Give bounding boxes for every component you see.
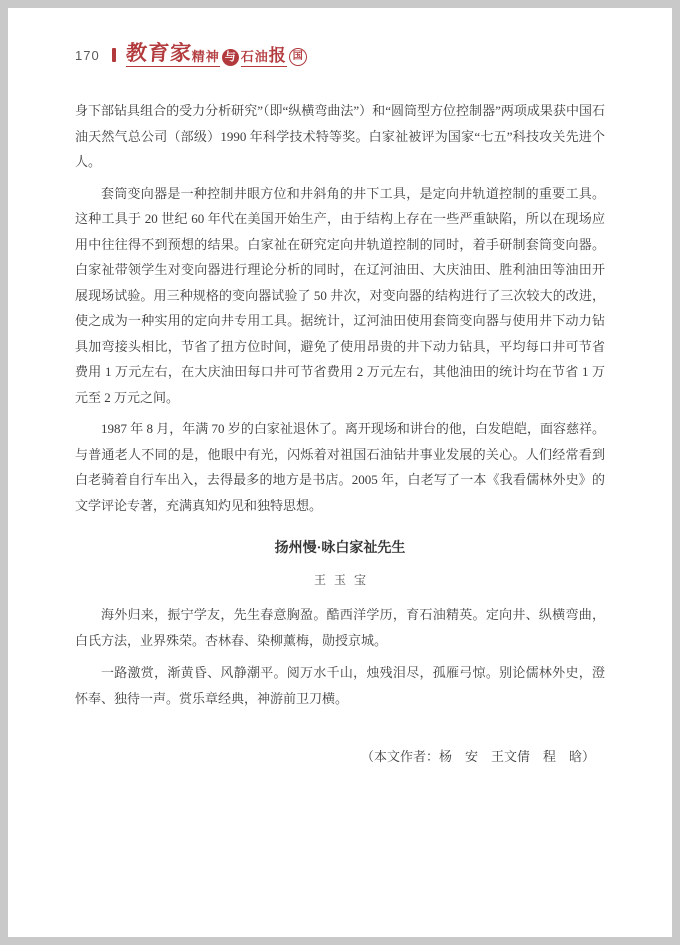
poem-body: 海外归来，振宁学友，先生春意胸盈。酷西洋学历，育石油精英。定向井、纵横弯曲，白氏… [75, 602, 605, 712]
logo-text-educator: 教育家 [125, 43, 192, 64]
main-text-column: 身下部钻具组合的受力分析研究”（即“纵横弯曲法”）和“圆筒型方位控制器”两项成果… [75, 70, 605, 770]
logo-seal-guo-icon: 国 [289, 48, 307, 66]
logo-circle-yu-icon: 与 [222, 49, 239, 66]
author-attribution: （本文作者：杨 安 王文倩 程 晗） [75, 744, 605, 770]
book-page: 170 教育家 精神 与 石油 报 国 身下部钻具组合的受力分析研究”（即“纵横… [8, 8, 672, 937]
poem-stanza: 一路激赏，渐黄昏、风静潮平。阅万水千山，烛残泪尽，孤雁弓惊。别论儒林外史，澄怀奉… [75, 660, 605, 712]
logo-text-petroleum: 石油 [241, 50, 269, 64]
page-header: 170 教育家 精神 与 石油 报 国 [8, 8, 672, 70]
red-divider-bar-icon [112, 48, 116, 62]
poem-title: 扬州慢·咏白家祉先生 [75, 538, 605, 560]
logo-right-group: 石油 报 [241, 47, 287, 67]
poem-stanza: 海外归来，振宁学友，先生春意胸盈。酷西洋学历，育石油精英。定向井、纵横弯曲，白氏… [75, 602, 605, 654]
body-paragraph: 套筒变向器是一种控制井眼方位和井斜角的井下工具，是定向井轨道控制的重要工具。这种… [75, 181, 605, 411]
logo-text-serve: 报 [269, 47, 287, 64]
poem-author: 王玉宝 [83, 570, 605, 590]
body-paragraph: 身下部钻具组合的受力分析研究”（即“纵横弯曲法”）和“圆筒型方位控制器”两项成果… [75, 98, 605, 175]
logo-text-spirit: 精神 [192, 50, 220, 64]
page-number: 170 [75, 48, 100, 63]
series-logo: 教育家 精神 与 石油 报 国 [126, 43, 307, 67]
logo-left-group: 教育家 精神 [126, 43, 220, 67]
body-paragraph: 1987 年 8 月，年满 70 岁的白家祉退休了。离开现场和讲台的他，白发皑皑… [75, 416, 605, 518]
